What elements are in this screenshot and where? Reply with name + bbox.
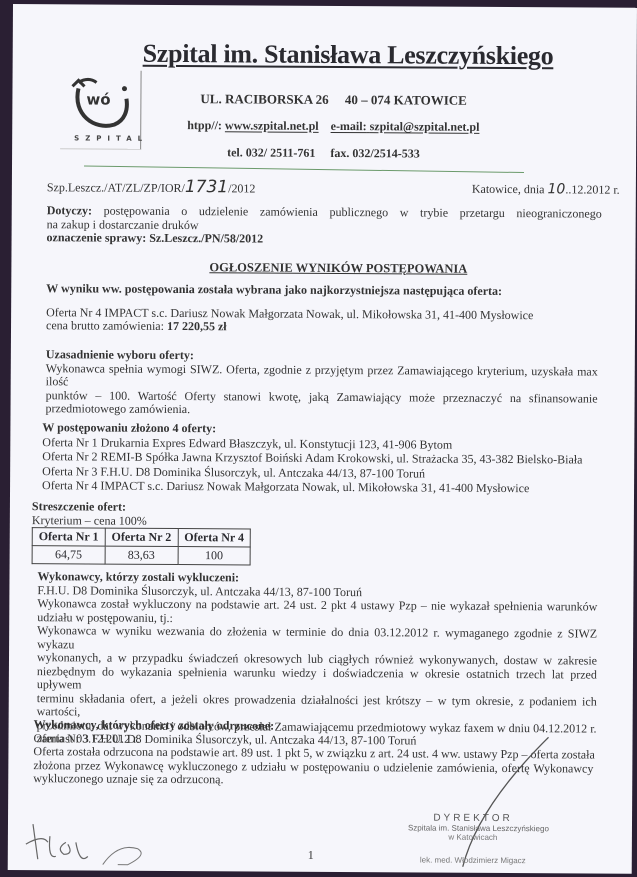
case-reference: oznaczenie sprawy: Sz.Leszcz./PN/58/2012 [47,231,602,248]
summary-label: Streszczenie ofert: [32,500,147,514]
hospital-title: Szpital im. Stanisława Leszczyńskiego [143,39,554,72]
svg-text:wó: wó [86,90,110,108]
address-city: 40 – 074 KATOWICE [345,92,467,108]
place-date: Katowice, dnia 10..12.2012 r. [472,183,620,197]
stamp-line-1: Szpitala im. Stanisława Leszczyńskiego [408,823,538,833]
stamp-line-2: w Katowicach [408,832,538,842]
email-link[interactable]: szpital@szpital.net.pl [370,119,480,134]
reference-number: Szp.Leszcz./AT/ZL/ZP/IOR/1731/2012 [47,180,256,196]
address-line: UL. RACIBORSKA 26 40 – 074 KATOWICE [200,91,467,109]
address-street: UL. RACIBORSKA 26 [200,91,328,107]
score-header: Oferta Nr 1 [32,528,105,546]
handwritten-day: 10 [547,181,565,197]
director-stamp: DYREKTOR Szpitala im. Stanisława Leszczy… [408,812,538,865]
handwritten-number: 1731 [185,177,228,197]
justification-block: Uzasadnienie wyboru oferty: Wykonawca sp… [45,348,597,419]
price-value: 17 220,55 zł [167,319,227,333]
summary-criterion: Kryterium – cena 100% [32,514,147,528]
phone-number: tel. 032/ 2511-761 [227,145,315,160]
web-prefix: htpp//: [187,118,222,132]
stamp-title: DYREKTOR [408,812,538,824]
summary-block: Streszczenie ofert: Kryterium – cena 100… [32,500,147,528]
score-value: 100 [178,547,251,565]
excluded-line: niezbędnym do wykazania spełnienia warun… [37,665,597,695]
page-number: 1 [308,849,314,863]
fax-number: fax. 032/2514-533 [330,146,419,161]
score-header: Oferta Nr 2 [105,528,178,546]
email-label: e-mail: [331,119,367,133]
scores-table: Oferta Nr 1 Oferta Nr 2 Oferta Nr 4 64,7… [32,527,252,565]
phone-fax-line: tel. 032/ 2511-761 fax. 032/2514-533 [227,145,420,161]
logo-label: SZPITAL [74,134,148,142]
signatures-icon [8,724,633,877]
stamp-name: lek. med. Włodzimierz Migacz [408,855,538,865]
web-email-line: htpp//: www.szpital.net.pl e-mail: szpit… [187,118,479,135]
score-header: Oferta Nr 4 [178,529,251,547]
justification-line: Wykonawca spełnia wymogi SIWZ. Oferta, z… [46,362,598,392]
submitted-offers-block: W postępowaniu złożono 4 oferty: Oferta … [42,420,583,496]
offer-item: Oferta Nr 4 IMPACT s.c. Dariusz Nowak Ma… [42,478,582,496]
subject-label: Dotyczy: [47,203,92,217]
website-link[interactable]: www.szpital.net.pl [225,118,319,133]
selected-offer-block: W wyniku ww. postępowania została wybran… [46,282,534,335]
hospital-logo: wó SZPITAL [60,70,141,149]
twoj-logo-icon: wó [64,74,136,132]
score-value: 83,63 [105,546,178,564]
announcement-heading: OGŁOSZENIE WYNIKÓW POSTĘPOWANIA [209,261,467,276]
score-value: 64,75 [32,546,105,564]
subject-block: Dotyczy: postępowania o udzielenie zamów… [47,204,602,248]
letterhead-divider [84,166,524,174]
scanned-document-page: Szpital im. Stanisława Leszczyńskiego wó… [8,4,637,874]
